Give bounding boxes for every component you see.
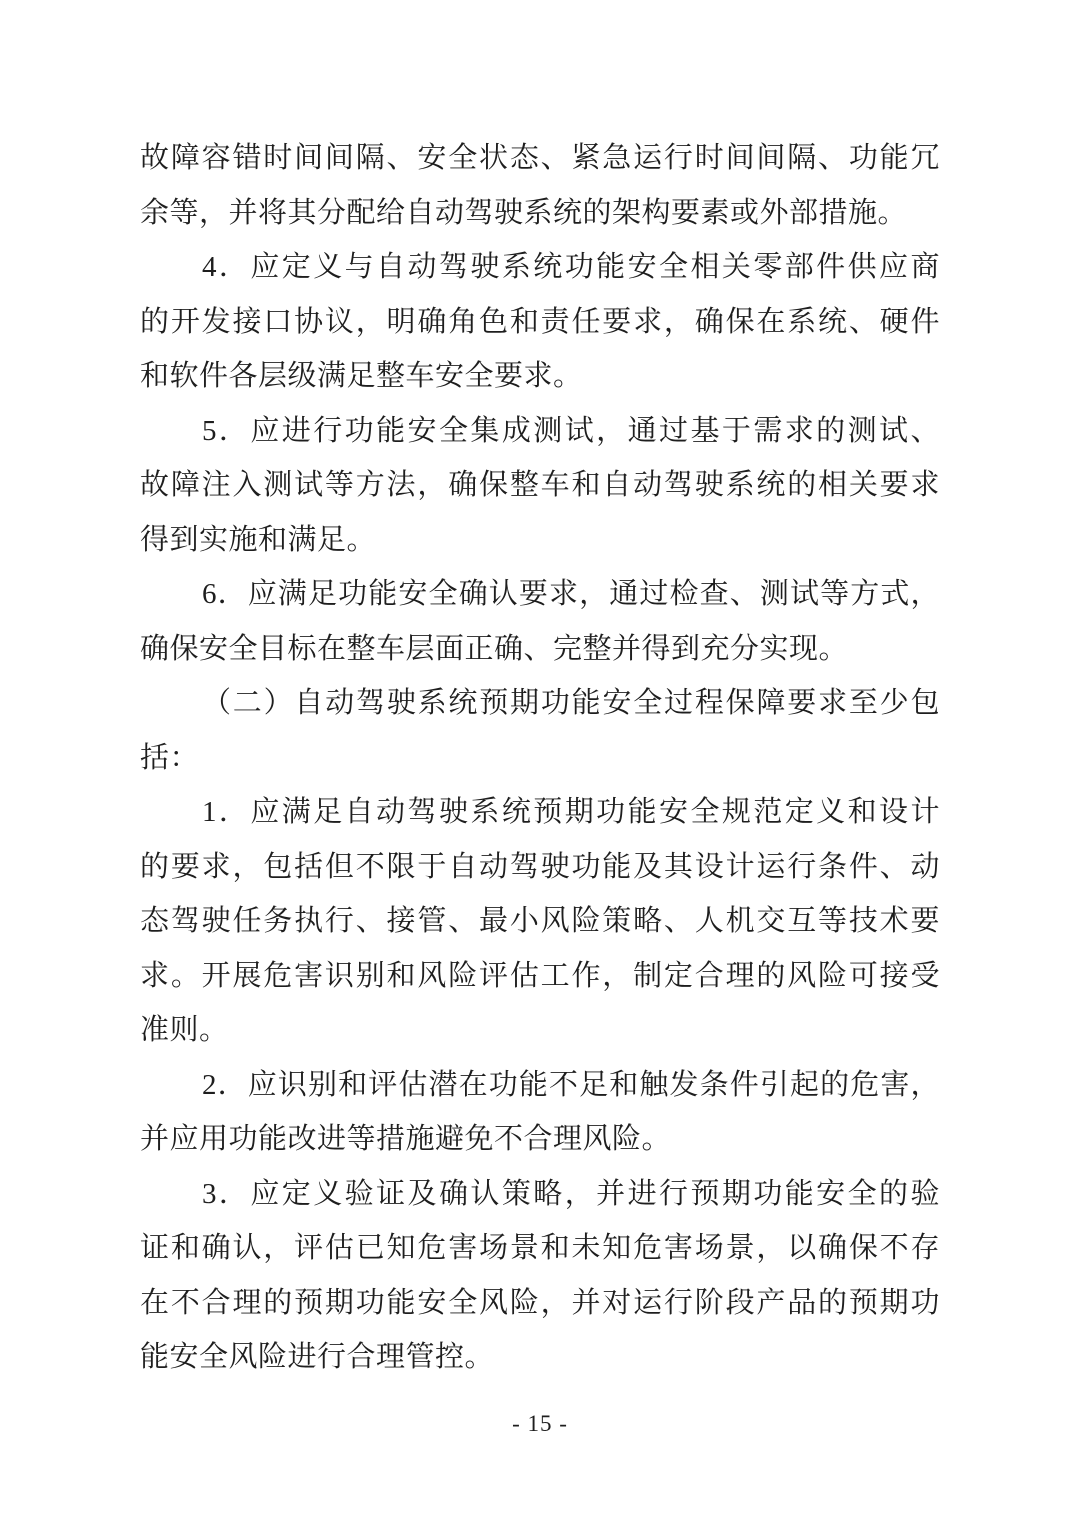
text-line-numbered-item-5: 5．应进行功能安全集成测试，通过基于需求的测试、	[140, 404, 940, 459]
text-line-numbered-item-2: 2．应识别和评估潜在功能不足和触发条件引起的危害，	[140, 1058, 940, 1113]
text-line-numbered-item-4: 4．应定义与自动驾驶系统功能安全相关零部件供应商	[140, 240, 940, 295]
text-line-numbered-item-1: 1．应满足自动驾驶系统预期功能安全规范定义和设计	[140, 785, 940, 840]
text-line: 证和确认，评估已知危害场景和未知危害场景，以确保不存	[140, 1221, 940, 1276]
text-line: 的要求，包括但不限于自动驾驶功能及其设计运行条件、动	[140, 840, 940, 895]
text-line: 态驾驶任务执行、接管、最小风险策略、人机交互等技术要	[140, 894, 940, 949]
text-line: 能安全风险进行合理管控。	[140, 1330, 940, 1385]
text-line: 余等，并将其分配给自动驾驶系统的架构要素或外部措施。	[140, 186, 940, 241]
text-line: 得到实施和满足。	[140, 513, 940, 568]
text-line: 故障容错时间间隔、安全状态、紧急运行时间间隔、功能冗	[140, 131, 940, 186]
text-line: 和软件各层级满足整车安全要求。	[140, 349, 940, 404]
text-line-numbered-item-3: 3．应定义验证及确认策略，并进行预期功能安全的验	[140, 1167, 940, 1222]
text-line: 准则。	[140, 1003, 940, 1058]
text-line-section-heading-2: （二）自动驾驶系统预期功能安全过程保障要求至少包	[140, 676, 940, 731]
text-line: 求。开展危害识别和风险评估工作，制定合理的风险可接受	[140, 949, 940, 1004]
text-line: 的开发接口协议，明确角色和责任要求，确保在系统、硬件	[140, 295, 940, 350]
text-line: 并应用功能改进等措施避免不合理风险。	[140, 1112, 940, 1167]
document-body-text: 故障容错时间间隔、安全状态、紧急运行时间间隔、功能冗 余等，并将其分配给自动驾驶…	[140, 131, 940, 1385]
text-line: 括：	[140, 731, 940, 786]
text-line: 确保安全目标在整车层面正确、完整并得到充分实现。	[140, 622, 940, 677]
text-line: 故障注入测试等方法，确保整车和自动驾驶系统的相关要求	[140, 458, 940, 513]
text-line: 在不合理的预期功能安全风险，并对运行阶段产品的预期功	[140, 1276, 940, 1331]
page-number: - 15 -	[0, 1408, 1080, 1440]
document-page: 故障容错时间间隔、安全状态、紧急运行时间间隔、功能冗 余等，并将其分配给自动驾驶…	[0, 0, 1080, 1526]
text-line-numbered-item-6: 6．应满足功能安全确认要求，通过检查、测试等方式，	[140, 567, 940, 622]
